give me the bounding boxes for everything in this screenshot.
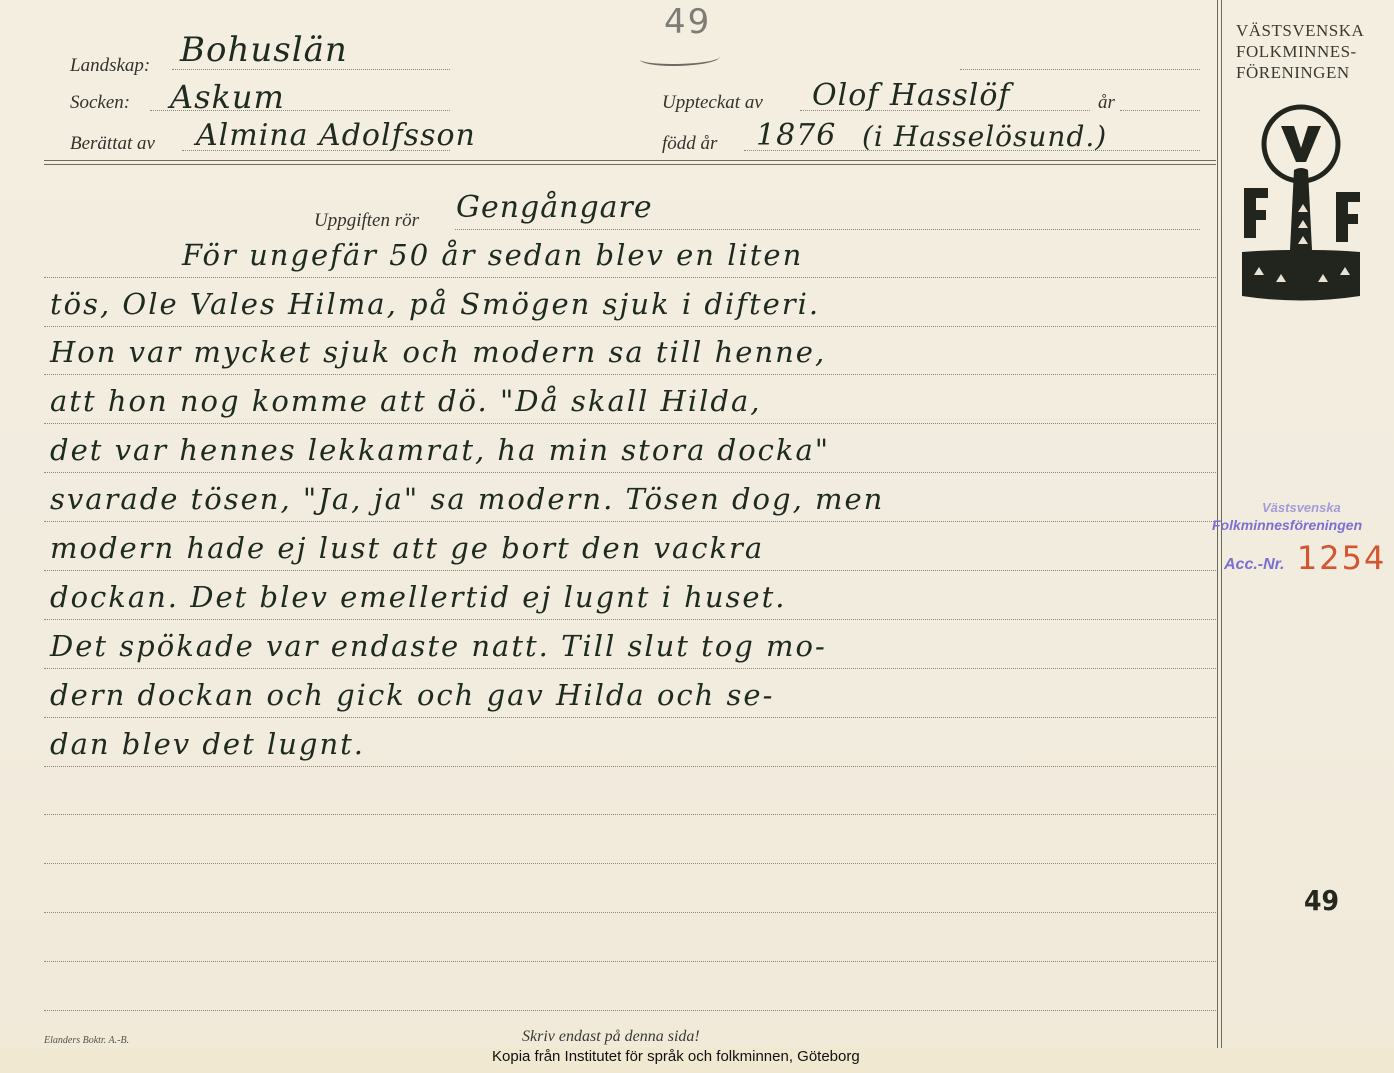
body-line-9[interactable]: Det spökade var endaste natt. Till slut … [50, 629, 827, 663]
ruled-line [44, 814, 1216, 815]
body-line-3[interactable]: Hon var mycket sjuk och modern sa till h… [50, 335, 826, 369]
body-line-4[interactable]: att hon nog komme att dö. "Då skall Hild… [50, 384, 761, 418]
fodd-ar-label: född år [662, 133, 717, 155]
body-line-7[interactable]: modern hade ej lust att ge bort den vack… [50, 531, 764, 565]
ruled-line [44, 570, 1216, 571]
body-line-11[interactable]: dan blev det lugnt. [50, 727, 365, 761]
stamp-acc-row: Acc.-Nr. 1254 [1224, 539, 1386, 577]
ruled-line [44, 374, 1216, 375]
landskap-label: Landskap: [70, 55, 150, 77]
socken-label: Socken: [70, 92, 130, 114]
birthplace-value[interactable]: (i Hasselösund.) [862, 120, 1107, 153]
ruled-line [44, 766, 1216, 767]
org-line-3: FÖRENINGEN [1236, 62, 1364, 83]
body-line-2[interactable]: tös, Ole Vales Hilma, på Smögen sjuk i d… [50, 287, 820, 321]
body-line-1[interactable]: För ungefär 50 år sedan blev en liten [182, 238, 803, 272]
uppgiften-ror-field-line [455, 229, 1200, 230]
write-instruction: Skriv endast på denna sida! [522, 1028, 700, 1046]
ruled-line [44, 961, 1216, 962]
ruled-line [44, 521, 1216, 522]
ruled-line [44, 912, 1216, 913]
ruled-line [44, 863, 1216, 864]
socken-value[interactable]: Askum [170, 78, 285, 116]
body-line-8[interactable]: dockan. Det blev emellertid ej lugnt i h… [50, 580, 786, 614]
stamp-line-1: Västsvenska [1262, 500, 1386, 515]
body-line-5[interactable]: det var hennes lekkamrat, ha min stora d… [50, 433, 830, 467]
archive-number-top: 49 [664, 2, 711, 42]
ruled-line [44, 423, 1216, 424]
ruled-line [44, 717, 1216, 718]
landskap-value[interactable]: Bohuslän [180, 30, 348, 70]
body-line-10[interactable]: dern dockan och gick och gav Hilda och s… [50, 678, 774, 712]
ruled-line [44, 619, 1216, 620]
vff-thors-hammer-logo-icon [1236, 100, 1366, 305]
uppteckat-av-label: Uppteckat av [662, 92, 763, 114]
organization-name: VÄSTSVENSKA FOLKMINNES- FÖRENINGEN [1236, 20, 1364, 83]
org-line-1: VÄSTSVENSKA [1236, 20, 1364, 41]
uppgiften-ror-label: Uppgiften rör [314, 210, 419, 232]
ruled-line [44, 1010, 1216, 1011]
berattat-av-value[interactable]: Almina Adolfsson [196, 118, 476, 153]
header-rule [44, 160, 1216, 161]
ruled-line [44, 472, 1216, 473]
ar-label: år [1098, 92, 1115, 114]
archive-number-underline [640, 50, 720, 66]
archive-form-page: 49 Landskap: Bohuslän Socken: Askum Berä… [0, 0, 1394, 1050]
printer-imprint: Elanders Boktr. A.-B. [44, 1035, 129, 1046]
berattat-av-label: Berättat av [70, 133, 155, 155]
ruled-line [44, 277, 1216, 278]
stamp-line-2: Folkminnesföreningen [1212, 517, 1386, 533]
header-rule [44, 164, 1216, 165]
upper-blank-line [960, 69, 1200, 70]
acc-number: 1254 [1297, 539, 1386, 577]
ar-field-line [1120, 110, 1200, 111]
org-line-2: FOLKMINNES- [1236, 41, 1364, 62]
fodd-ar-value[interactable]: 1876 [756, 118, 836, 153]
subject-value[interactable]: Gengångare [456, 190, 653, 225]
acc-label: Acc.-Nr. [1224, 556, 1284, 573]
ruled-line [44, 326, 1216, 327]
ruled-line [44, 668, 1216, 669]
accession-stamp: Västsvenska Folkminnesföreningen Acc.-Nr… [1212, 500, 1386, 577]
uppteckat-av-value[interactable]: Olof Hasslöf [812, 78, 1011, 113]
page-number: 49 [1304, 884, 1339, 917]
body-line-6[interactable]: svarade tösen, "Ja, ja" sa modern. Tösen… [50, 482, 884, 516]
copy-notice: Kopia från Institutet för språk och folk… [492, 1048, 860, 1065]
